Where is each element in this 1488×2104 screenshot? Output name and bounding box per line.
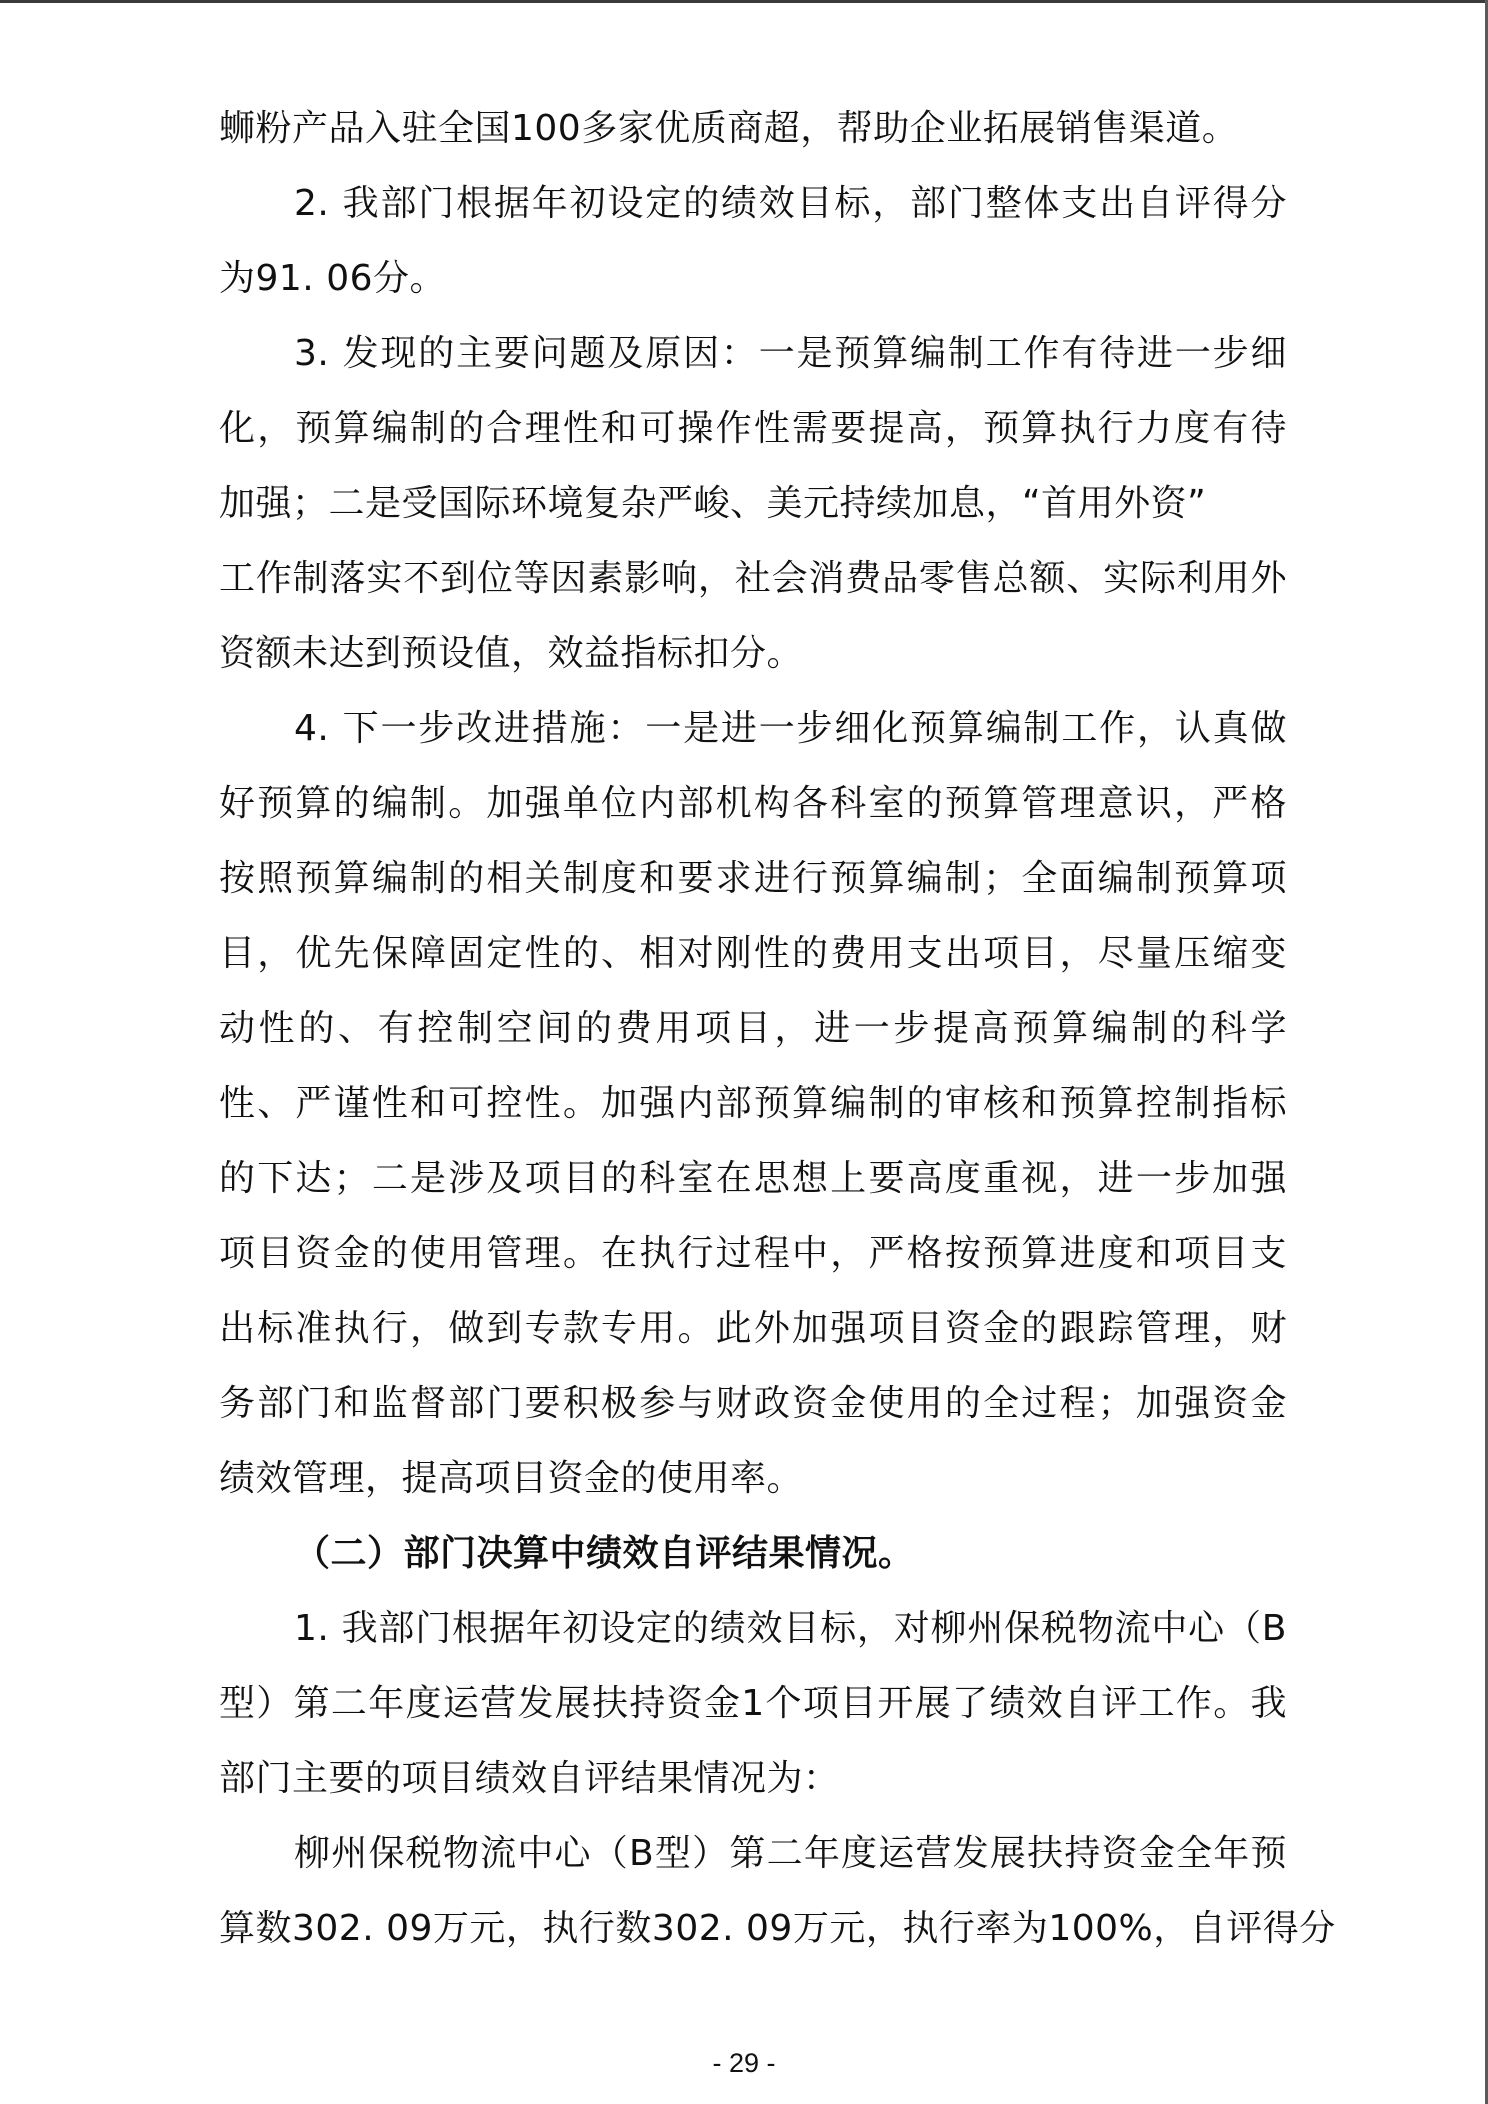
text-line: 为91. 06分。 <box>219 241 1287 316</box>
text-line: 的下达；二是涉及项目的科室在思想上要高度重视，进一步加强 <box>219 1141 1287 1216</box>
text-line: 务部门和监督部门要积极参与财政资金使用的全过程；加强资金 <box>219 1366 1287 1441</box>
text-line: 工作制落实不到位等因素影响，社会消费品零售总额、实际利用外 <box>219 541 1287 616</box>
text-line: 柳州保税物流中心（B型）第二年度运营发展扶持资金全年预 <box>219 1816 1287 1891</box>
text-line: 1. 我部门根据年初设定的绩效目标，对柳州保税物流中心（B <box>219 1591 1287 1666</box>
text-line: 加强；二是受国际环境复杂严峻、美元持续加息，“首用外资” <box>219 466 1287 541</box>
text-line: 项目资金的使用管理。在执行过程中，严格按预算进度和项目支 <box>219 1216 1287 1291</box>
paragraph-continuation: 蛳粉产品入驻全国100多家优质商超，帮助企业拓展销售渠道。 <box>219 91 1287 166</box>
page-border-top <box>0 0 1488 3</box>
text-line: 3. 发现的主要问题及原因：一是预算编制工作有待进一步细 <box>219 316 1287 391</box>
text-line: 好预算的编制。加强单位内部机构各科室的预算管理意识，严格 <box>219 766 1287 841</box>
text-line: 动性的、有控制空间的费用项目，进一步提高预算编制的科学 <box>219 991 1287 1066</box>
text-line: 4. 下一步改进措施：一是进一步细化预算编制工作，认真做 <box>219 691 1287 766</box>
text-line: 蛳粉产品入驻全国100多家优质商超，帮助企业拓展销售渠道。 <box>219 91 1287 166</box>
text-line: 算数302. 09万元，执行数302. 09万元，执行率为100%，自评得分 <box>219 1891 1287 1966</box>
document-body: 蛳粉产品入驻全国100多家优质商超，帮助企业拓展销售渠道。 2. 我部门根据年初… <box>219 91 1287 1966</box>
text-line: 性、严谨性和可控性。加强内部预算编制的审核和预算控制指标 <box>219 1066 1287 1141</box>
paragraph-improvements: 4. 下一步改进措施：一是进一步细化预算编制工作，认真做 好预算的编制。加强单位… <box>219 691 1287 1516</box>
paragraph-overall-score: 2. 我部门根据年初设定的绩效目标，部门整体支出自评得分 为91. 06分。 <box>219 166 1287 316</box>
text-line: 出标准执行，做到专款专用。此外加强项目资金的跟踪管理，财 <box>219 1291 1287 1366</box>
paragraph-project-eval: 1. 我部门根据年初设定的绩效目标，对柳州保税物流中心（B 型）第二年度运营发展… <box>219 1591 1287 1816</box>
paragraph-project-result: 柳州保税物流中心（B型）第二年度运营发展扶持资金全年预 算数302. 09万元，… <box>219 1816 1287 1966</box>
text-line: 目，优先保障固定性的、相对刚性的费用支出项目，尽量压缩变 <box>219 916 1287 991</box>
page-number: - 29 - <box>0 2045 1488 2081</box>
text-line: 绩效管理，提高项目资金的使用率。 <box>219 1441 1287 1516</box>
paragraph-problems: 3. 发现的主要问题及原因：一是预算编制工作有待进一步细 化，预算编制的合理性和… <box>219 316 1287 691</box>
text-line: 资额未达到预设值，效益指标扣分。 <box>219 616 1287 691</box>
text-line: 部门主要的项目绩效自评结果情况为： <box>219 1741 1287 1816</box>
text-line: 化，预算编制的合理性和可操作性需要提高，预算执行力度有待 <box>219 391 1287 466</box>
text-line: 按照预算编制的相关制度和要求进行预算编制；全面编制预算项 <box>219 841 1287 916</box>
section-heading: （二）部门决算中绩效自评结果情况。 <box>219 1516 1287 1591</box>
text-line: 2. 我部门根据年初设定的绩效目标，部门整体支出自评得分 <box>219 166 1287 241</box>
text-line: 型）第二年度运营发展扶持资金1个项目开展了绩效自评工作。我 <box>219 1666 1287 1741</box>
